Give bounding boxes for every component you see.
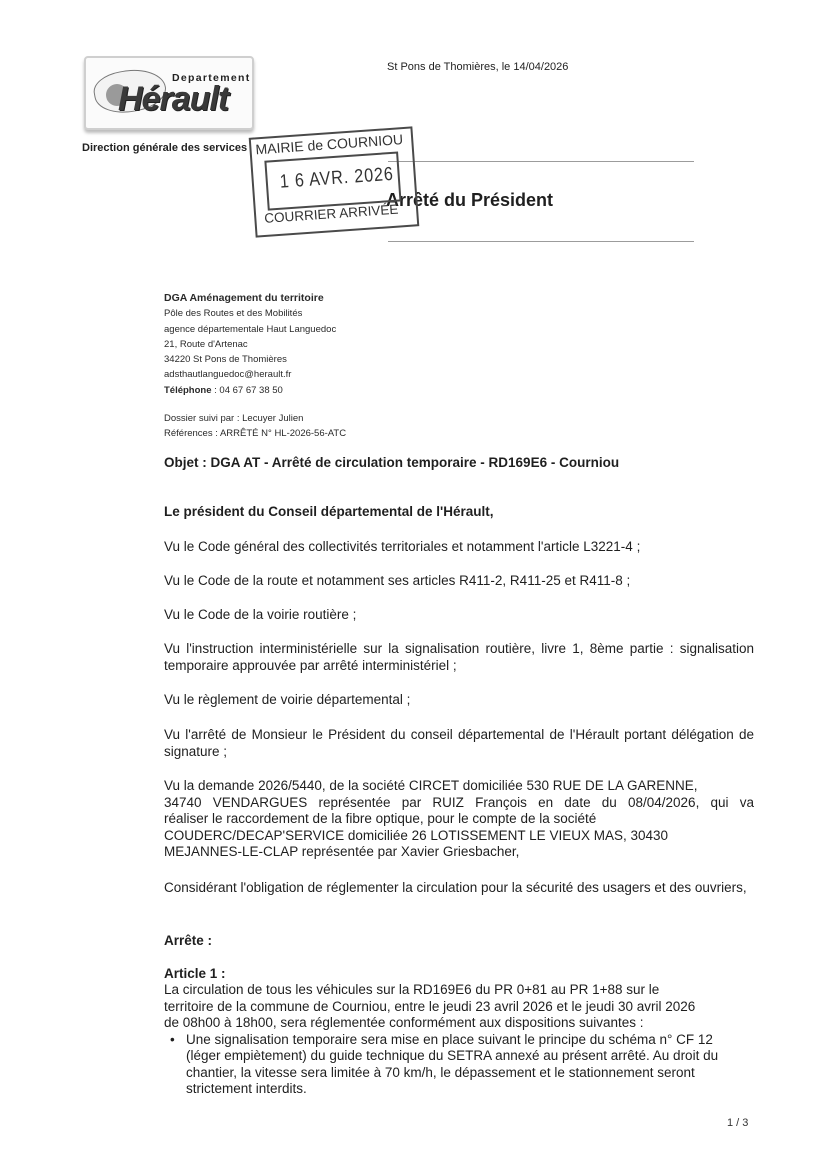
service-block: DGA Aménagement du territoire Pôle des R… bbox=[164, 291, 336, 398]
president-heading: Le président du Conseil départemental de… bbox=[164, 504, 754, 521]
title-rule-top bbox=[388, 161, 694, 162]
stamp-date: 1 6 AVR. 2026 bbox=[279, 164, 394, 194]
service-email: adsthautlanguedoc@herault.fr bbox=[164, 367, 336, 382]
demande-paragraph: Vu la demande 2026/5440, de la société C… bbox=[164, 778, 754, 861]
article-1-body: La circulation de tous les véhicules sur… bbox=[164, 982, 754, 1098]
title-rule-bottom bbox=[388, 241, 694, 242]
vu-item: Vu l'instruction interministérielle sur … bbox=[164, 641, 754, 674]
article-bullet: Une signalisation temporaire sera mise e… bbox=[186, 1032, 746, 1098]
reception-stamp: MAIRIE de COURNIOU 1 6 AVR. 2026 COURRIE… bbox=[249, 126, 420, 237]
article-line: La circulation de tous les véhicules sur… bbox=[164, 982, 754, 999]
objet: Objet : DGA AT - Arrêté de circulation t… bbox=[164, 455, 619, 470]
direction-label: Direction générale des services bbox=[82, 142, 247, 154]
herault-logo: Departement Hérault bbox=[84, 56, 254, 130]
demande-line: Vu la demande 2026/5440, de la société C… bbox=[164, 778, 754, 795]
demande-line: MEJANNES-LE-CLAP représentée par Xavier … bbox=[164, 844, 754, 861]
service-line: 34220 St Pons de Thomières bbox=[164, 352, 336, 367]
article-line: territoire de la commune de Courniou, en… bbox=[164, 999, 754, 1016]
article-1-bullets: Une signalisation temporaire sera mise e… bbox=[164, 1032, 754, 1098]
vu-item: Vu le Code de la voirie routière ; bbox=[164, 607, 754, 624]
considerant: Considérant l'obligation de réglementer … bbox=[164, 880, 754, 897]
references-block: Dossier suivi par : Lecuyer Julien Référ… bbox=[164, 411, 346, 441]
service-name: DGA Aménagement du territoire bbox=[164, 291, 336, 306]
arrete-heading: Arrête : bbox=[164, 933, 754, 950]
place-date: St Pons de Thomières, le 14/04/2026 bbox=[387, 61, 568, 73]
phone-number: : 04 67 67 38 50 bbox=[212, 385, 283, 396]
followed-by: Dossier suivi par : Lecuyer Julien bbox=[164, 411, 346, 426]
phone-label: Téléphone bbox=[164, 385, 212, 396]
logo-name: Hérault bbox=[118, 80, 228, 119]
references: Références : ARRÊTÉ N° HL-2026-56-ATC bbox=[164, 426, 346, 441]
service-line: agence départementale Haut Languedoc bbox=[164, 322, 336, 337]
service-line: 21, Route d'Artenac bbox=[164, 337, 336, 352]
demande-line: réaliser le raccordement de la fibre opt… bbox=[164, 811, 754, 828]
service-phone: Téléphone : 04 67 67 38 50 bbox=[164, 383, 336, 398]
vu-item: Vu le Code de la route et notamment ses … bbox=[164, 573, 754, 590]
vu-item: Vu l'arrêté de Monsieur le Président du … bbox=[164, 727, 754, 760]
demande-line: 34740 VENDARGUES représentée par RUIZ Fr… bbox=[164, 795, 754, 812]
vu-item: Vu le règlement de voirie départemental … bbox=[164, 692, 754, 709]
article-1-heading: Article 1 : bbox=[164, 966, 754, 983]
article-line: de 08h00 à 18h00, sera réglementée confo… bbox=[164, 1015, 754, 1032]
demande-line: COUDERC/DECAP'SERVICE domiciliée 26 LOTI… bbox=[164, 828, 754, 845]
vu-item: Vu le Code général des collectivités ter… bbox=[164, 539, 754, 556]
page-number: 1 / 3 bbox=[727, 1117, 748, 1129]
service-line: Pôle des Routes et des Mobilités bbox=[164, 306, 336, 321]
